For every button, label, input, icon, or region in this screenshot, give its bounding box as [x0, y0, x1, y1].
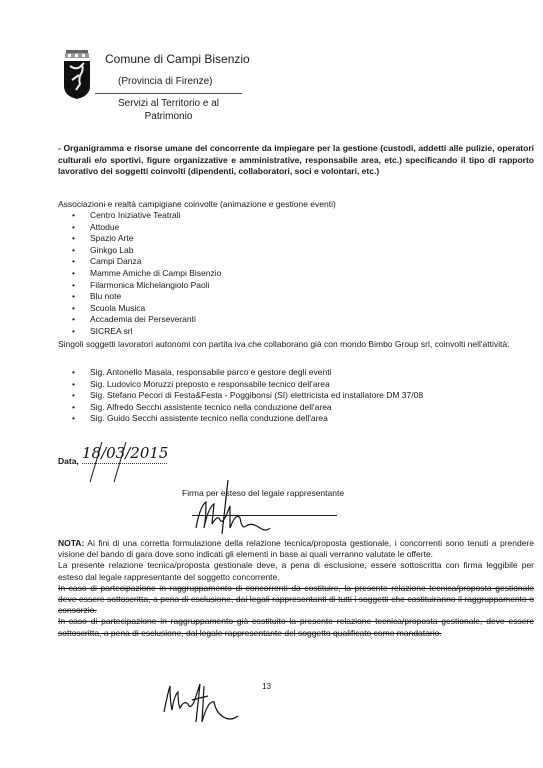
note-text: Ai fini di una corretta formulazione del…	[58, 538, 534, 559]
list-item: •Blu note	[90, 291, 221, 303]
item-text: Sig. Antonello Masala, responsabile parc…	[90, 367, 331, 377]
item-text: Ginkgo Lab	[90, 245, 133, 255]
list-item: •Sig. Stefano Pecori di Festa&Festa - Po…	[90, 390, 423, 402]
date-label: Data,	[58, 456, 79, 466]
list-item: •Scuola Musica	[90, 303, 221, 315]
note-label: NOTA:	[58, 538, 84, 548]
associations-title: Associazioni e realtà campigiane coinvol…	[58, 199, 336, 209]
list-item: •Mamme Amiche di Campi Bisenzio	[90, 268, 221, 280]
note-paragraph: NOTA: Ai fini di una corretta formulazio…	[58, 538, 534, 560]
bullet-icon: •	[72, 280, 75, 292]
list-item: •Attodue	[90, 222, 221, 234]
item-text: Centro Iniziative Teatrali	[90, 210, 181, 220]
workers-intro: Singoli soggetti lavoratori autonomi con…	[58, 339, 534, 351]
item-text: Spazio Arte	[90, 233, 133, 243]
item-text: Scuola Musica	[90, 303, 145, 313]
list-item: •Spazio Arte	[90, 233, 221, 245]
list-item: •Sig. Antonello Masala, responsabile par…	[90, 367, 423, 379]
item-text: Attodue	[90, 222, 119, 232]
bullet-icon: •	[72, 367, 75, 379]
item-text: Accademia dei Perseveranti	[90, 314, 196, 324]
bullet-icon: •	[72, 314, 75, 326]
bullet-icon: •	[72, 303, 75, 315]
bullet-icon: •	[72, 245, 75, 257]
list-item: •Sig. Alfredo Secchi assistente tecnico …	[90, 402, 423, 414]
item-text: Blu note	[90, 291, 121, 301]
bullet-icon: •	[72, 326, 75, 338]
item-text: Sig. Guido Secchi assistente tecnico nel…	[90, 413, 328, 423]
bullet-icon: •	[72, 210, 75, 222]
bullet-icon: •	[72, 233, 75, 245]
list-item: •Centro Iniziative Teatrali	[90, 210, 221, 222]
associations-list: •Centro Iniziative Teatrali •Attodue •Sp…	[90, 210, 221, 338]
note-block: NOTA: Ai fini di una corretta formulazio…	[58, 538, 534, 639]
bullet-icon: •	[72, 291, 75, 303]
municipality-title: Comune di Campi Bisenzio	[105, 52, 250, 66]
item-text: Filarmonica Michelangiolo Paoli	[90, 280, 210, 290]
note-paragraph: La presente relazione tecnica/proposta g…	[58, 560, 534, 582]
bullet-icon: •	[72, 222, 75, 234]
bullet-icon: •	[72, 390, 75, 402]
item-text: Sig. Ludovico Moruzzi preposto e respons…	[90, 379, 330, 389]
list-item: •Sig. Guido Secchi assistente tecnico ne…	[90, 413, 423, 425]
item-text: Sig. Alfredo Secchi assistente tecnico n…	[90, 402, 332, 412]
section-heading: - Organigramma e risorse umane del conco…	[58, 143, 534, 178]
bullet-icon: •	[72, 268, 75, 280]
list-item: •Sig. Ludovico Moruzzi preposto e respon…	[90, 379, 423, 391]
list-item: •Campi Danza	[90, 256, 221, 268]
page-number: 13	[262, 682, 271, 691]
workers-list: •Sig. Antonello Masala, responsabile par…	[90, 367, 423, 425]
item-text: Sig. Stefano Pecori di Festa&Festa - Pog…	[90, 390, 423, 400]
bullet-icon: •	[72, 402, 75, 414]
item-text: Mamme Amiche di Campi Bisenzio	[90, 268, 221, 278]
bullet-icon: •	[72, 256, 75, 268]
date-slashes	[88, 440, 158, 485]
item-text: SICREA srl	[90, 326, 133, 336]
department-label: Servizi al Territorio e al Patrimonio	[95, 97, 242, 123]
list-item: •SICREA srl	[90, 326, 221, 338]
list-item: •Ginkgo Lab	[90, 245, 221, 257]
handwritten-signature	[190, 478, 280, 538]
footer-signature	[160, 682, 260, 727]
list-item: •Filarmonica Michelangiolo Paoli	[90, 280, 221, 292]
header-divider	[95, 93, 242, 94]
struck-paragraph: In caso di partecipazione in raggruppame…	[58, 616, 534, 638]
item-text: Campi Danza	[90, 256, 142, 266]
list-item: •Accademia dei Perseveranti	[90, 314, 221, 326]
province-label: (Provincia di Firenze)	[118, 76, 212, 87]
struck-paragraph: In caso di partecipazione in raggruppame…	[58, 583, 534, 617]
coat-of-arms-icon	[62, 50, 92, 100]
bullet-icon: •	[72, 379, 75, 391]
bullet-icon: •	[72, 413, 75, 425]
